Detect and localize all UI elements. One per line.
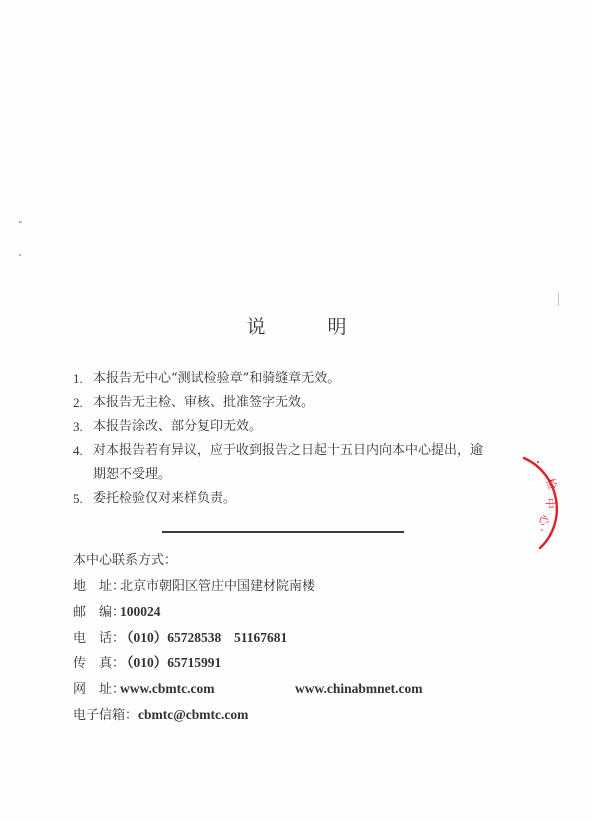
website-link[interactable]: www.cbmtc.com — [120, 681, 214, 696]
contact-phone-row: 电话：（010）65728538 51167681 — [73, 625, 315, 651]
note-number: 3. — [73, 415, 83, 439]
phone-value-2: 51167681 — [234, 625, 287, 651]
official-seal-stamp: 检 中 心 — [520, 452, 570, 550]
page-title: 说明 — [0, 312, 593, 339]
note-text: 对本报告若有异议，应于收到报告之日起十五日内向本中心提出，逾 — [93, 439, 543, 463]
svg-text:中: 中 — [543, 498, 557, 509]
phone-value: （010）65728538 — [120, 630, 221, 645]
note-number: 5. — [73, 487, 83, 511]
note-text: 本报告涂改、部分复印无效。 — [93, 415, 543, 439]
note-text: 委托检验仅对来样负责。 — [93, 487, 543, 511]
address-value: 北京市朝阳区管庄中国建材院南楼 — [120, 579, 315, 594]
note-number: 2. — [73, 391, 83, 415]
email-link[interactable]: cbmtc@cbmtc.com — [138, 707, 248, 722]
contact-postcode-row: 邮编：100024 — [73, 599, 315, 625]
note-text: 本报告无中心“测试检验章”和骑缝章无效。 — [93, 367, 543, 391]
contact-fax-row: 传真：（010）65715991 — [73, 650, 315, 676]
note-item: 5. 委托检验仅对来样负责。 — [73, 487, 543, 511]
email-label: 电子信箱： — [73, 703, 138, 729]
scan-speck — [19, 221, 22, 223]
note-item: 2. 本报告无主检、审核、批准签字无效。 — [73, 391, 543, 415]
phone-label: 电话： — [73, 626, 120, 652]
postcode-value: 100024 — [120, 604, 161, 619]
website-link-2[interactable]: www.chinabmnet.com — [295, 676, 423, 702]
scan-speck — [558, 292, 559, 306]
contact-email-row: 电子信箱：cbmtc@cbmtc.com — [73, 702, 315, 728]
note-text: 本报告无主检、审核、批准签字无效。 — [93, 391, 543, 415]
postcode-label: 邮编： — [73, 600, 120, 626]
contact-website-row: 网址：www.cbmtc.com www.chinabmnet.com — [73, 676, 315, 702]
note-number: 4. — [73, 439, 83, 463]
notes-list: 1. 本报告无中心“测试检验章”和骑缝章无效。 2. 本报告无主检、审核、批准签… — [73, 367, 543, 511]
note-text-continuation: 期恕不受理。 — [93, 463, 543, 487]
note-item: 4. 对本报告若有异议，应于收到报告之日起十五日内向本中心提出，逾 期恕不受理。 — [73, 439, 543, 487]
fax-value: （010）65715991 — [120, 655, 221, 670]
title-char: 说 — [246, 312, 265, 339]
website-label: 网址： — [73, 677, 120, 703]
section-divider — [162, 531, 404, 533]
contact-info: 本中心联系方式： 地址：北京市朝阳区管庄中国建材院南楼 邮编：100024 电话… — [73, 548, 315, 727]
title-char: 明 — [328, 312, 347, 339]
note-number: 1. — [73, 367, 83, 391]
note-item: 1. 本报告无中心“测试检验章”和骑缝章无效。 — [73, 367, 543, 391]
address-label: 地址： — [73, 574, 120, 600]
note-item: 3. 本报告涂改、部分复印无效。 — [73, 415, 543, 439]
svg-text:检: 检 — [543, 476, 560, 491]
contact-address-row: 地址：北京市朝阳区管庄中国建材院南楼 — [73, 574, 315, 600]
fax-label: 传真： — [73, 651, 120, 677]
contact-heading: 本中心联系方式： — [73, 548, 315, 574]
document-page: 说明 1. 本报告无中心“测试检验章”和骑缝章无效。 2. 本报告无主检、审核、… — [0, 0, 593, 822]
svg-text:心: 心 — [536, 513, 552, 528]
scan-speck — [19, 254, 21, 256]
